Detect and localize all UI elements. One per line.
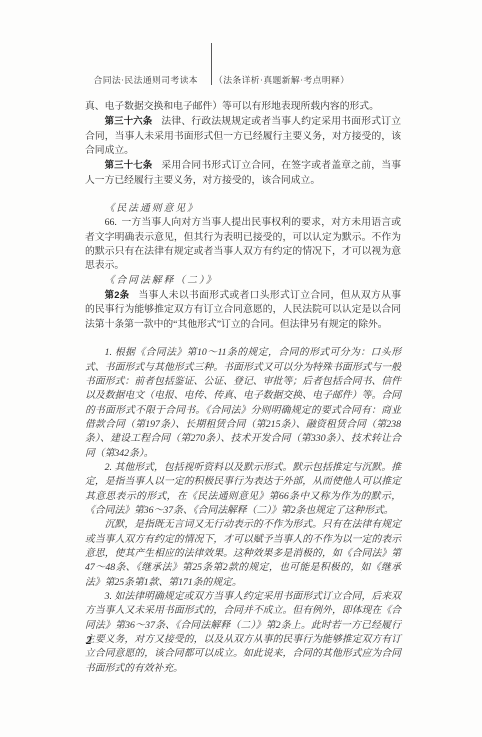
citation-item-66: 66.一方当事人向对方当事人提出民事权利的要求，对方未用语言或者文字明确表示意见… <box>85 216 401 273</box>
series-subtitle: （法条详析·真题新解·考点明释） <box>209 73 349 86</box>
citation-source-title-minfa-yijian: 《民法通则意见》 <box>85 202 401 216</box>
analysis-paragraph-3: 沉默，是指既无言词又无行动表示的不作为形式。只有在法律有规定或当事人双方有约定的… <box>85 518 401 590</box>
analysis-paragraph-1: 1. 根据《合同法》第10～11条的规定，合同的形式可分为：口头形式、书面形式与… <box>85 346 401 461</box>
analysis-commentary-block: 1. 根据《合同法》第10～11条的规定，合同的形式可分为：口头形式、书面形式与… <box>85 346 401 676</box>
page-body: 真、电子数据交换和电子邮件）等可以有形地表现所载内容的形式。 第三十六条法律、行… <box>85 100 401 676</box>
analysis-paragraph-4: 3. 如法律明确规定或双方当事人约定采用书面形式订立合同，后来双方当事人又未采用… <box>85 590 401 676</box>
analysis-paragraph-2: 2. 其他形式，包括视听资料以及默示形式。默示包括推定与沉默。推定，是指当事人以… <box>85 461 401 518</box>
citation-item-66-text: 一方当事人向对方当事人提出民事权利的要求，对方未用语言或者文字明确表示意见，但其… <box>85 217 401 271</box>
statute-continuation-line: 真、电子数据交换和电子邮件）等可以有形地表现所载内容的形式。 <box>85 100 401 114</box>
page-number: 2 <box>86 635 92 647</box>
citations-block: 《民法通则意见》 66.一方当事人向对方当事人提出民事权利的要求，对方未用语言或… <box>85 202 401 332</box>
citation-item-article-2: 第2条当事人未以书面形式或者口头形式订立合同，但从双方从事的民事行为能够推定双方… <box>85 288 401 332</box>
running-head: 合同法·民法通则司考读本 （法条详析·真题新解·考点明释） <box>85 73 401 86</box>
book-page: 合同法·民法通则司考读本 （法条详析·真题新解·考点明释） 真、电子数据交换和电… <box>0 0 482 737</box>
article-37-label: 第三十七条 <box>105 159 153 170</box>
header-divider-rule <box>211 43 212 85</box>
citation-item-article-2-text: 当事人未以书面形式或者口头形式订立合同，但从双方从事的民事行为能够推定双方有订立… <box>85 290 401 330</box>
citation-source-title-hetongfa-jieshi: 《合同法解释（二）》 <box>85 274 401 288</box>
citation-item-66-label: 66. <box>105 217 117 228</box>
citation-item-article-2-label: 第2条 <box>105 289 130 300</box>
article-36-label: 第三十六条 <box>105 115 153 126</box>
book-title: 合同法·民法通则司考读本 <box>85 73 209 86</box>
article-37-paragraph: 第三十七条采用合同书形式订立合同，在签字或者盖章之前，当事人一方已经履行主要义务… <box>85 158 401 188</box>
article-36-paragraph: 第三十六条法律、行政法规规定或者当事人约定采用书面形式订立合同，当事人未采用书面… <box>85 114 401 158</box>
